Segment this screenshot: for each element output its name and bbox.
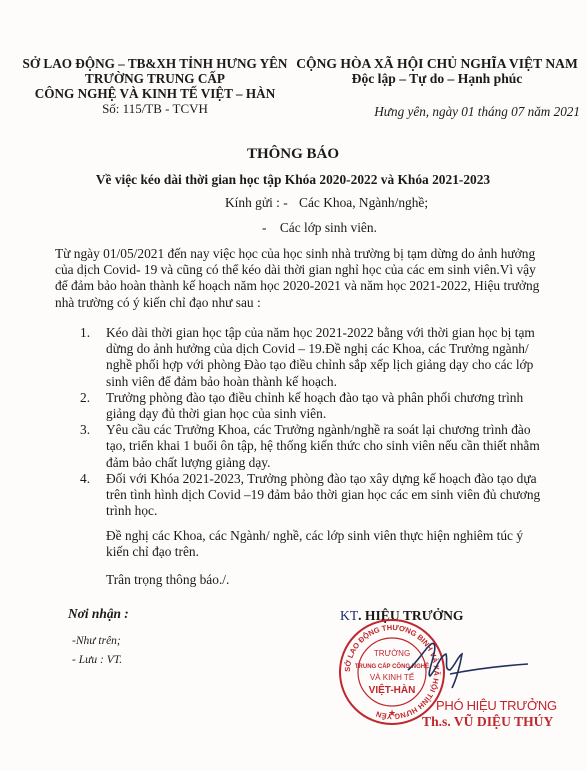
school-name-line1: TRƯỜNG TRUNG CẤP <box>20 71 290 86</box>
list-item: 2.Trưởng phòng đào tạo điều chỉnh kế hoạ… <box>80 390 550 422</box>
department-name: SỞ LAO ĐỘNG – TB&XH TỈNH HƯNG YÊN <box>20 56 290 71</box>
signatory-name: Th.s. VŨ DIỆU THÚY <box>422 714 553 730</box>
recipient-line-1: Kính gửi : - Các Khoa, Ngành/nghề; <box>225 195 428 211</box>
distribution-item: -Như trên; <box>72 635 121 647</box>
svg-text:★: ★ <box>388 708 396 718</box>
distribution-item: - Lưu : VT. <box>72 654 122 666</box>
recipient-item: Các lớp sinh viên. <box>280 220 377 235</box>
document-number: Số: 115/TB - TCVH <box>20 101 290 116</box>
closing-thanks: Trân trọng thông báo./. <box>106 572 229 588</box>
signatory-position: PHÓ HIỆU TRƯỞNG <box>436 698 557 713</box>
closing-paragraph: Đề nghị các Khoa, các Ngành/ nghề, các l… <box>106 528 546 560</box>
recipient-item: Các Khoa, Ngành/nghề; <box>299 195 428 210</box>
document-date: Hưng yên, ngày 01 tháng 07 năm 2021 <box>340 104 580 120</box>
national-title: CỘNG HÒA XÃ HỘI CHỦ NGHĨA VIỆT NAM <box>292 56 582 71</box>
recipients-label: Kính gửi : - <box>225 195 288 210</box>
distribution-label: Nơi nhận : <box>68 606 129 622</box>
recipient-line-2: - Các lớp sinh viên. <box>262 220 377 236</box>
document-subtitle: Về việc kéo dài thời gian học tập Khóa 2… <box>0 172 586 188</box>
issuing-authority-header: SỞ LAO ĐỘNG – TB&XH TỈNH HƯNG YÊN TRƯỜNG… <box>20 56 290 116</box>
list-item: 1.Kéo dài thời gian học tập của năm học … <box>80 325 550 390</box>
intro-paragraph: Từ ngày 01/05/2021 đến nay việc học của … <box>55 246 547 311</box>
list-item: 3.Yêu cầu các Trưởng Khoa, các Trưởng ng… <box>80 422 550 471</box>
recipient-dash: - <box>262 220 266 235</box>
national-header: CỘNG HÒA XÃ HỘI CHỦ NGHĨA VIỆT NAM Độc l… <box>292 56 582 86</box>
signature-icon <box>400 630 540 690</box>
directive-list: 1.Kéo dài thời gian học tập của năm học … <box>80 325 550 519</box>
document-title: THÔNG BÁO <box>0 146 586 163</box>
school-name-line2: CÔNG NGHỆ VÀ KINH TẾ VIỆT – HÀN <box>20 86 290 101</box>
national-motto: Độc lập – Tự do – Hạnh phúc <box>292 71 582 86</box>
list-item: 4.Đối với Khóa 2021-2023, Trưởng phòng đ… <box>80 471 550 520</box>
